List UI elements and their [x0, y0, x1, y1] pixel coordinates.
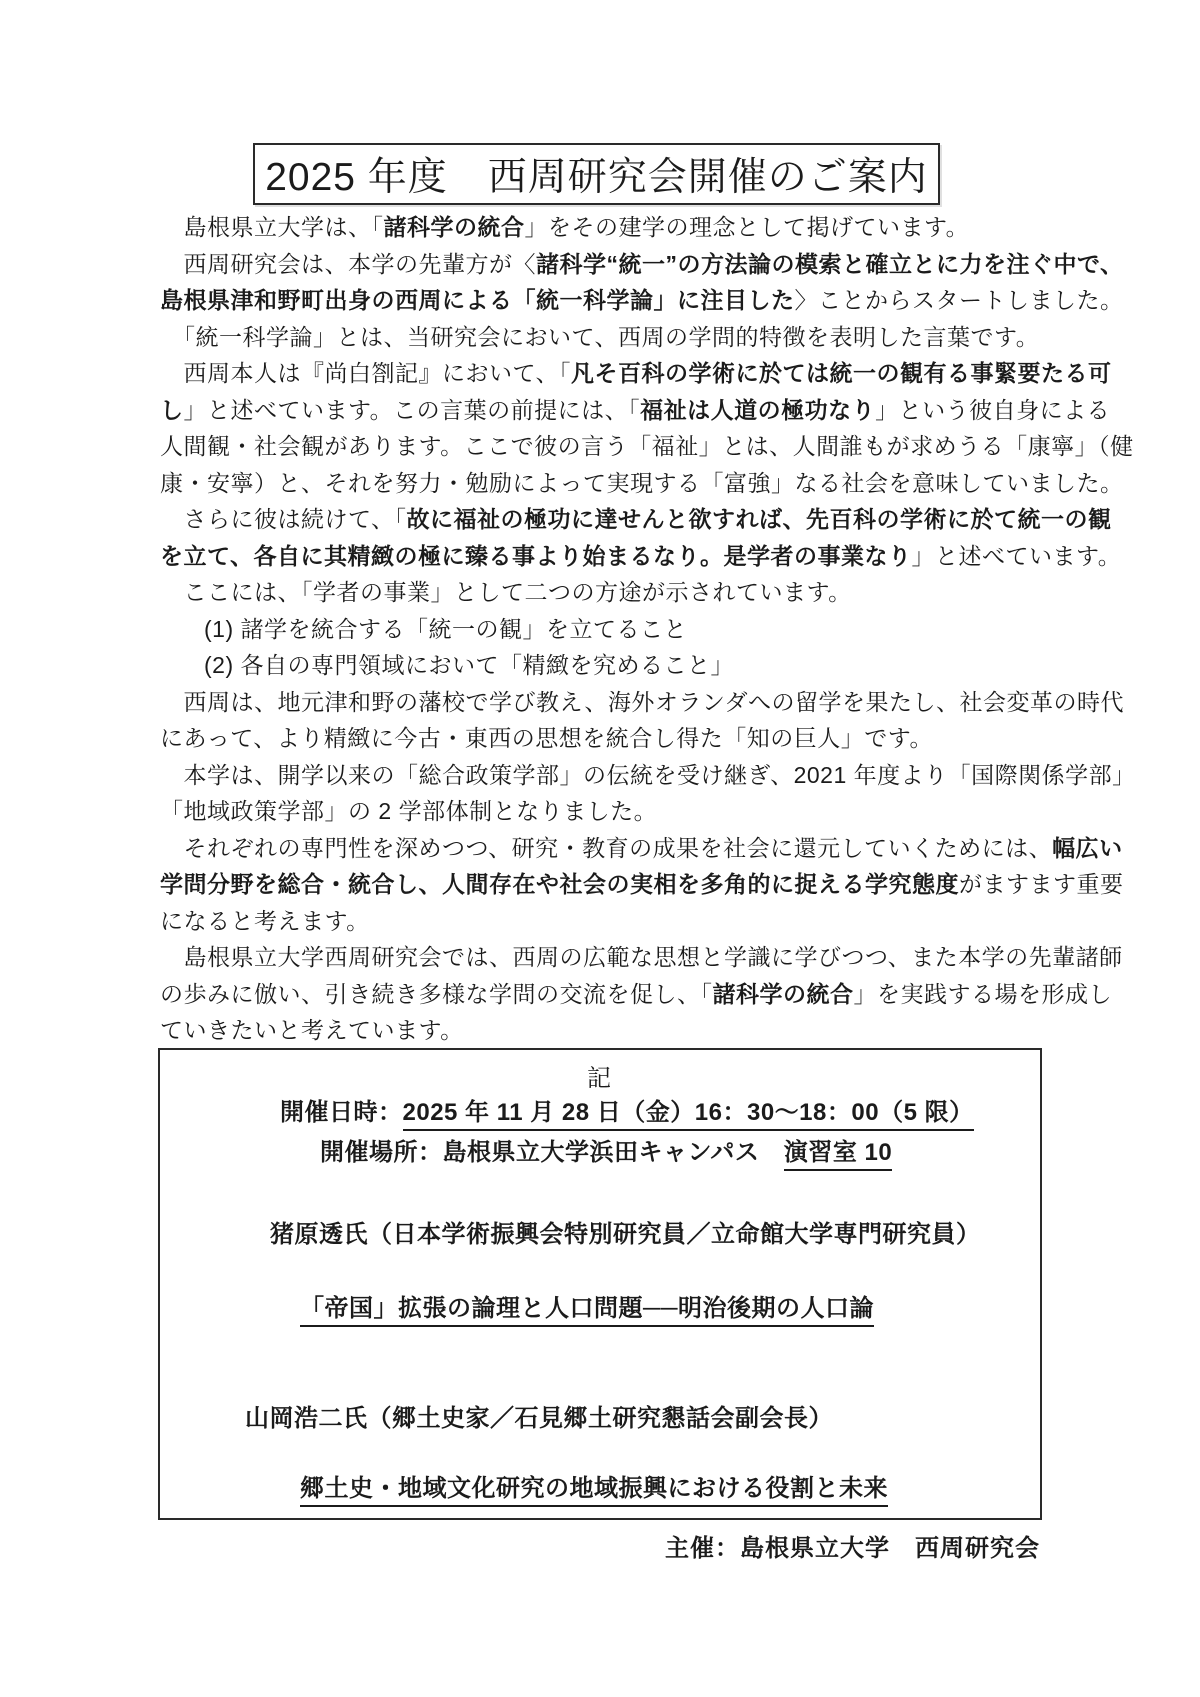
- datetime-value: 2025 年 11 月 28 日（金）16：30～18：00（5 限）: [403, 1099, 974, 1131]
- event-datetime-line: 開催日時：2025 年 11 月 28 日（金）16：30～18：00（5 限）: [280, 1092, 974, 1127]
- body-line: になると考えます。: [160, 903, 1042, 940]
- text-run: 本学は、開学以来の「総合政策学部」の伝統を受け継ぎ、2021 年度より「国際関係…: [160, 762, 1136, 788]
- body-line: 西周本人は『尚白劄記』において、「凡そ百科の学術に於ては統一の観有る事緊要たる可: [160, 355, 1042, 392]
- text-run-bold: 幅広い: [1052, 835, 1123, 861]
- speaker-2: 山岡浩二氏（郷土史家／石見郷土研究懇話会副会長）: [245, 1398, 833, 1433]
- text-run: 主催：島根県立大学 西周研究会: [665, 1535, 1040, 1562]
- text-run-bold: 福祉は人道の極功なり: [640, 397, 875, 423]
- page-title: 2025 年度 西周研究会開催のご案内: [265, 146, 928, 202]
- text-run: 」を実践する場を形成し: [854, 981, 1113, 1007]
- body-line: 西周は、地元津和野の藩校で学び教え、海外オランダへの留学を果たし、社会変革の時代: [160, 684, 1042, 721]
- body-line: を立て、各自に其精緻の極に臻る事より始まるなり。是学者の事業なり」と述べています…: [160, 538, 1042, 575]
- body-line: にあって、より精緻に今古・東西の思想を統合し得た「知の巨人」です。: [160, 720, 1042, 757]
- room-value: 演習室 10: [784, 1139, 892, 1171]
- text-run: 」と述べています。: [912, 543, 1122, 569]
- text-run: になると考えます。: [160, 908, 370, 934]
- body-line: 人間観・社会観があります。ここで彼の言う「福祉」とは、人間誰もが求めうる「康寧」…: [160, 428, 1042, 465]
- text-run: それぞれの専門性を深めつつ、研究・教育の成果を社会に還元していくためには、: [160, 835, 1052, 861]
- text-run: 西周は、地元津和野の藩校で学び教え、海外オランダへの留学を果たし、社会変革の時代: [160, 689, 1124, 715]
- body-line: 島根県立大学は、「諸科学の統合」をその建学の理念として掲げています。: [160, 209, 1042, 246]
- text-run: 「統一科学論」とは、当研究会において、西周の学問的特徴を表明した言葉です。: [160, 324, 1039, 350]
- body-line: それぞれの専門性を深めつつ、研究・教育の成果を社会に還元していくためには、幅広い: [160, 830, 1042, 867]
- body-list-item-1: (1) 諸学を統合する「統一の観」を立てること: [160, 611, 1042, 648]
- text-run: ここには、「学者の事業」として二つの方途が示されています。: [160, 579, 852, 605]
- text-run: 山岡浩二氏（郷土史家／石見郷土研究懇話会副会長）: [245, 1405, 833, 1432]
- text-run: 島根県立大学西周研究会では、西周の広範な思想と学識に学びつつ、また本学の先輩諸師: [160, 944, 1123, 970]
- notice-heading: 記: [160, 1058, 1040, 1093]
- event-place-line: 開催場所：島根県立大学浜田キャンパス 演習室 10: [320, 1132, 892, 1167]
- document-page: 2025 年度 西周研究会開催のご案内 島根県立大学は、「諸科学の統合」をその建…: [0, 0, 1200, 1697]
- organizer-line: 主催：島根県立大学 西周研究会: [665, 1528, 1040, 1563]
- text-run-bold: し: [160, 397, 184, 423]
- body-line: 島根県立大学西周研究会では、西周の広範な思想と学識に学びつつ、また本学の先輩諸師: [160, 939, 1042, 976]
- place-label: 開催場所：: [320, 1139, 443, 1166]
- text-run: がますます重要: [959, 871, 1124, 897]
- talk-title-1: 「帝国」拡張の論理と人口問題──明治後期の人口論: [300, 1288, 874, 1323]
- body-line: 「地域政策学部」の 2 学部体制となりました。: [160, 793, 1042, 830]
- body-line: 学問分野を総合・統合し、人間存在や社会の実相を多角的に捉える学究態度がますます重…: [160, 866, 1042, 903]
- text-run: さらに彼は続けて、「: [160, 506, 407, 532]
- body-text: 島根県立大学は、「諸科学の統合」をその建学の理念として掲げています。 西周研究会…: [160, 209, 1042, 1049]
- text-run: 西周本人は『尚白劄記』において、「: [160, 360, 571, 386]
- text-run-bold: 諸科学の統合: [713, 981, 854, 1007]
- text-run: 郷土史・地域文化研究の地域振興における役割と未来: [300, 1475, 888, 1507]
- speaker-1: 猪原透氏（日本学術振興会特別研究員／立命館大学専門研究員）: [270, 1214, 981, 1249]
- place-value: 島根県立大学浜田キャンパス: [443, 1139, 784, 1166]
- title-box: 2025 年度 西周研究会開催のご案内: [253, 143, 940, 205]
- text-run: にあって、より精緻に今古・東西の思想を統合し得た「知の巨人」です。: [160, 725, 933, 751]
- notice-box: 記 開催日時：2025 年 11 月 28 日（金）16：30～18：00（5 …: [158, 1048, 1042, 1520]
- body-line: 康・安寧）と、それを努力・勉励によって実現する「富強」なる社会を意味していました…: [160, 465, 1042, 502]
- body-list-item-2: (2) 各自の専門領域において「精緻を究めること」: [160, 647, 1042, 684]
- text-run-bold: 島根県津和野町出身の西周による「統一科学論」に注目した: [160, 287, 795, 313]
- text-run: (1) 諸学を統合する「統一の観」を立てること: [204, 616, 687, 642]
- text-run-bold: 諸科学“統一”の方法論の模索と確立とに力を注ぐ中で、: [536, 251, 1124, 277]
- text-run: (2) 各自の専門領域において「精緻を究めること」: [204, 652, 734, 678]
- body-line: 西周研究会は、本学の先輩方が〈諸科学“統一”の方法論の模索と確立とに力を注ぐ中で…: [160, 246, 1042, 283]
- body-line: ていきたいと考えています。: [160, 1012, 1042, 1049]
- text-run-bold: 諸科学の統合: [384, 214, 525, 240]
- text-run: 」という彼自身による: [875, 397, 1110, 423]
- text-run: 島根県立大学は、「: [160, 214, 384, 240]
- body-line: 島根県津和野町出身の西周による「統一科学論」に注目した〉ことからスタートしました…: [160, 282, 1042, 319]
- datetime-label: 開催日時：: [280, 1099, 403, 1126]
- text-run: 」と述べています。この言葉の前提には、「: [184, 397, 641, 423]
- text-run-bold: を立て、各自に其精緻の極に臻る事より始まるなり。是学者の事業なり: [160, 543, 912, 569]
- talk-title-2: 郷土史・地域文化研究の地域振興における役割と未来: [300, 1468, 888, 1503]
- text-run-bold: 故に福祉の極功に達せんと欲すれば、先百科の学術に於て統一の観: [407, 506, 1112, 532]
- text-run: 西周研究会は、本学の先輩方が〈: [160, 251, 536, 277]
- text-run: ていきたいと考えています。: [160, 1017, 464, 1043]
- body-line: ここには、「学者の事業」として二つの方途が示されています。: [160, 574, 1042, 611]
- text-run-bold: 学問分野を総合・統合し、人間存在や社会の実相を多角的に捉える学究態度: [160, 871, 959, 897]
- text-run: 康・安寧）と、それを努力・勉励によって実現する「富強」なる社会を意味していました…: [160, 470, 1124, 496]
- body-line: 本学は、開学以来の「総合政策学部」の伝統を受け継ぎ、2021 年度より「国際関係…: [160, 757, 1042, 794]
- body-line: 「統一科学論」とは、当研究会において、西周の学問的特徴を表明した言葉です。: [160, 319, 1042, 356]
- body-line: し」と述べています。この言葉の前提には、「福祉は人道の極功なり」という彼自身によ…: [160, 392, 1042, 429]
- text-run: 「地域政策学部」の 2 学部体制となりました。: [160, 798, 657, 824]
- text-run: 記: [587, 1065, 613, 1092]
- text-run: 「帝国」拡張の論理と人口問題──明治後期の人口論: [300, 1295, 874, 1327]
- text-run-bold: 凡そ百科の学術に於ては統一の観有る事緊要たる可: [571, 360, 1112, 386]
- text-run: 〉ことからスタートしました。: [795, 287, 1124, 313]
- text-run: 猪原透氏（日本学術振興会特別研究員／立命館大学専門研究員）: [270, 1221, 981, 1248]
- text-run: 」をその建学の理念として掲げています。: [525, 214, 970, 240]
- body-line: さらに彼は続けて、「故に福祉の極功に達せんと欲すれば、先百科の学術に於て統一の観: [160, 501, 1042, 538]
- text-run: 人間観・社会観があります。ここで彼の言う「福祉」とは、人間誰もが求めうる「康寧」…: [160, 433, 1134, 459]
- text-run: の歩みに倣い、引き続き多様な学問の交流を促し、「: [160, 981, 713, 1007]
- body-line: の歩みに倣い、引き続き多様な学問の交流を促し、「諸科学の統合」を実践する場を形成…: [160, 976, 1042, 1013]
